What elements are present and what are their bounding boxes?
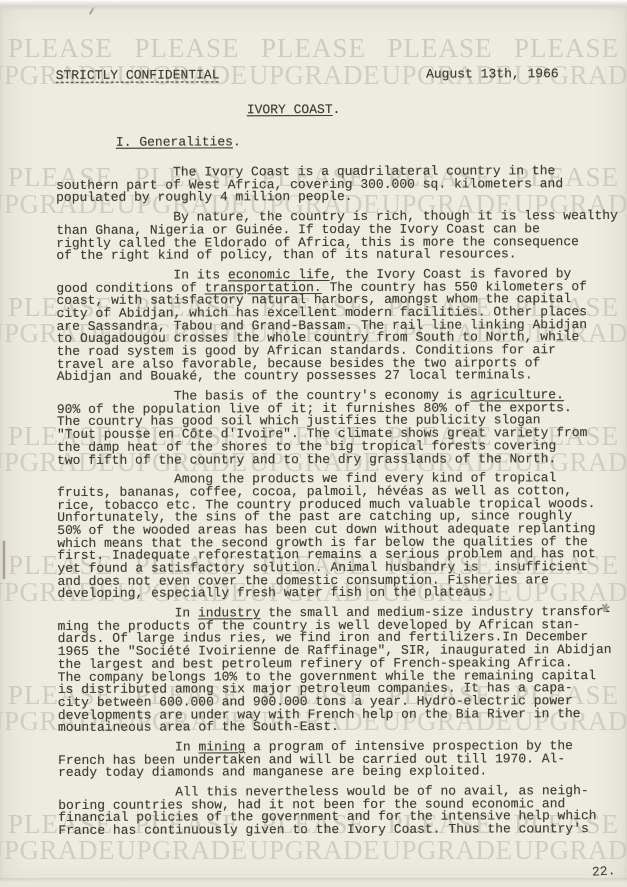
watermark-word: UPGRADE [381, 835, 512, 866]
classification-label: STRICTLY CONFIDENTIAL [56, 69, 220, 82]
paper-crease [3, 541, 5, 579]
header-row: STRICTLY CONFIDENTIAL August 13th, 1966 [56, 68, 559, 82]
paragraph: The Ivory Coast is a quadrilateral count… [56, 165, 604, 205]
paragraph: All this nevertheless would be of no ava… [58, 785, 606, 838]
paragraph: Among the products we find every kind of… [57, 472, 605, 601]
text-run: of the right kind of policy, than of its… [56, 247, 516, 264]
paragraph: In industry the small and medium-size in… [58, 606, 606, 735]
text-run: populated by roughly 4 million people. [56, 189, 353, 205]
text-line: populated by roughly 4 million people. [56, 190, 604, 205]
text-line: developing, especially fresh water fish … [57, 586, 605, 601]
scanned-document-page: PLEASEPLEASEPLEASEPLEASEPLEASEUPGRADEUPG… [0, 0, 627, 887]
date-label: August 13th, 1966 [426, 68, 559, 81]
scan-edge-top [0, 0, 627, 10]
text-line: France has continuously given to the Ivo… [58, 823, 606, 838]
watermark-word: UPGRADE [0, 835, 115, 866]
watermark-row: UPGRADEUPGRADEUPGRADEUPGRADEUPGRADE [0, 835, 627, 866]
text-run: France has continuously given to the Ivo… [58, 821, 589, 838]
text-run: two fifth of the country and to the dry … [57, 451, 556, 468]
section-heading-text: I. Generalities [116, 135, 233, 150]
scan-edge-bottom [0, 878, 627, 887]
text-run: ready today diamonds and manganese are b… [58, 764, 487, 780]
paragraph: In its economic life, the Ivory Coast is… [56, 268, 604, 384]
text-run: Abidjan and Bouaké, the country possesse… [57, 368, 533, 385]
watermark-word: UPGRADE [249, 835, 380, 866]
section-heading: I. Generalities. [56, 135, 604, 150]
document-title-text: IVORY COAST [247, 102, 333, 117]
paragraphs: The Ivory Coast is a quadrilateral count… [56, 165, 606, 838]
paragraph: In mining a program of intensive prospec… [58, 740, 606, 780]
text-line: two fifth of the country and to the dry … [57, 453, 605, 468]
text-line: Abidjan and Bouaké, the country possesse… [57, 369, 605, 384]
watermark-word: UPGRADE [514, 835, 627, 866]
text-run: mountaineous area of the South-East. [58, 719, 339, 735]
document-text: STRICTLY CONFIDENTIAL August 13th, 1966 … [56, 68, 607, 838]
section-heading-period: . [233, 135, 241, 150]
paragraph: By nature, the country is rich, though i… [56, 210, 604, 263]
text-run: developing, especially fresh water fish … [57, 585, 494, 602]
text-line: of the right kind of policy, than of its… [56, 248, 604, 263]
paragraph: The basis of the country's economy is ag… [57, 389, 605, 467]
watermark-word: UPGRADE [116, 835, 247, 866]
text-line: mountaineous area of the South-East. [58, 720, 606, 735]
document-title: IVORY COAST. [56, 103, 604, 118]
document-title-period: . [333, 102, 341, 117]
text-line: ready today diamonds and manganese are b… [58, 765, 606, 780]
